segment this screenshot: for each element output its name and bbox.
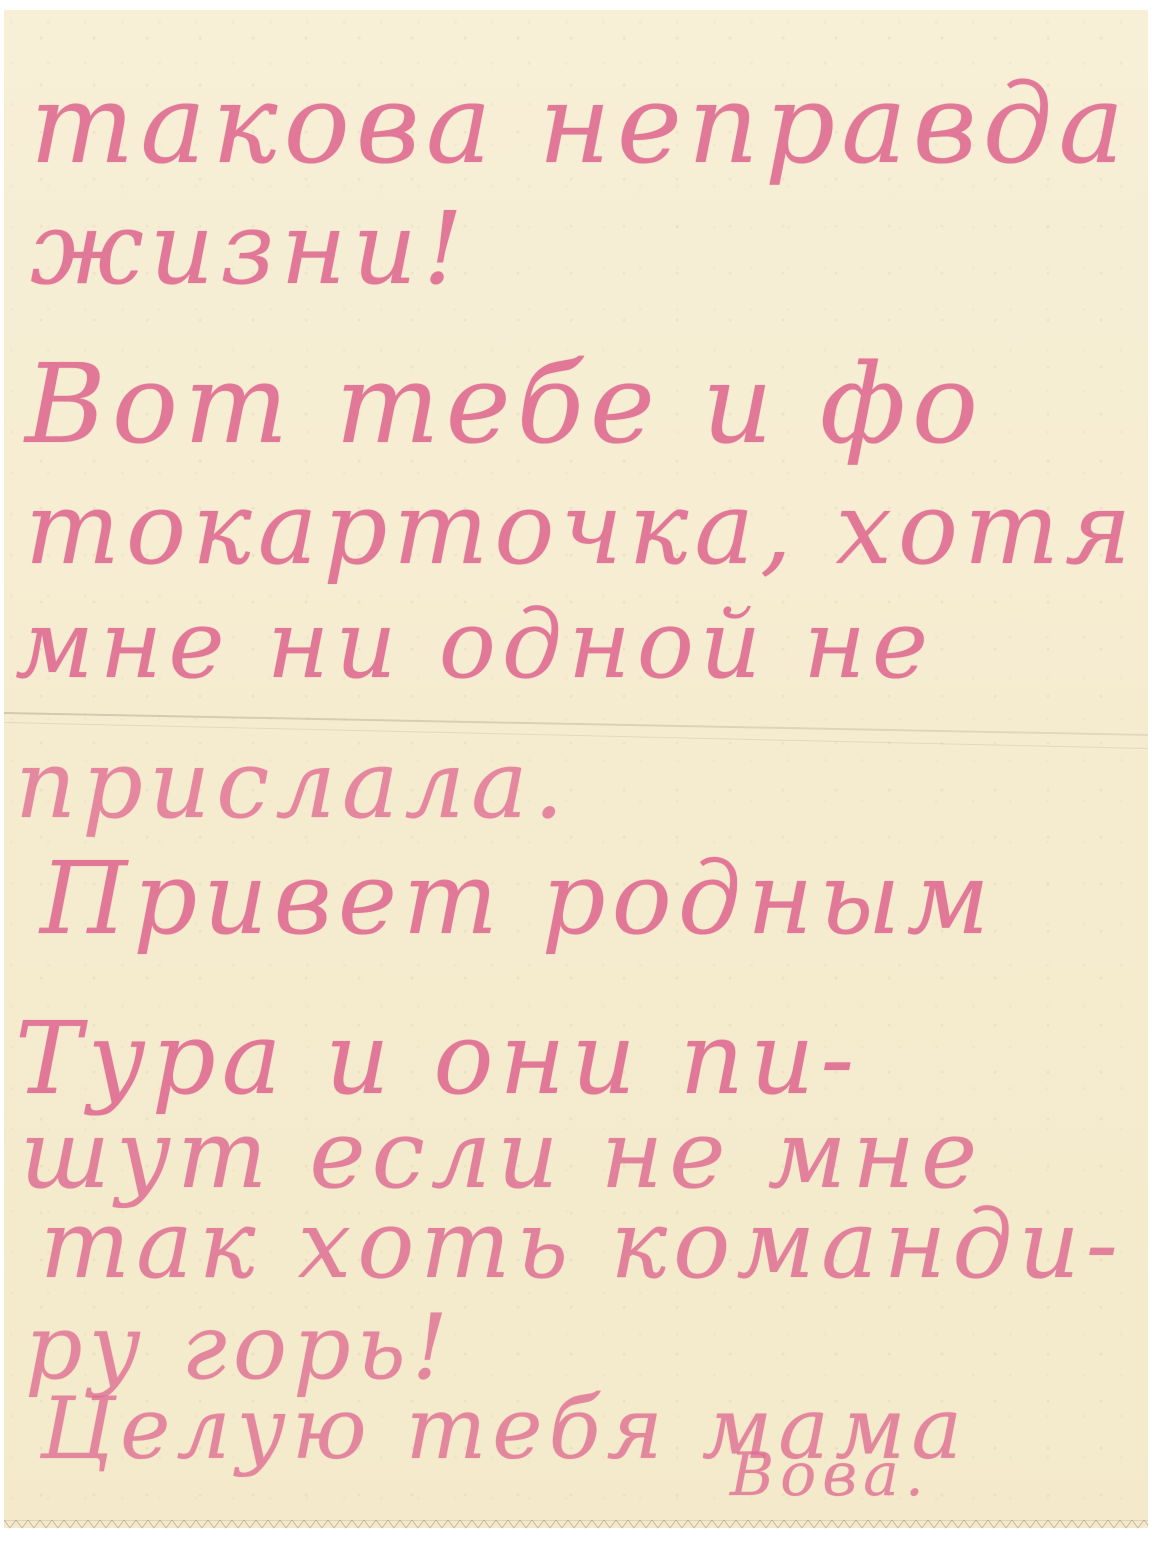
letter-line-6: прислала.	[15, 730, 570, 840]
letter-line-1: такова неправда	[30, 60, 1130, 188]
letter-line-10: так хоть команди-	[40, 1190, 1124, 1300]
letter-line-4: токарточка, хотя ты	[25, 470, 1162, 587]
letter-line-7: Привет родным	[40, 840, 995, 957]
letter-line-3: Вот тебе и фо	[25, 340, 984, 468]
serrated-edge	[4, 1520, 1148, 1532]
letter-line-5: мне ни одной не	[15, 590, 934, 700]
letter-line-2: жизни!	[30, 190, 469, 307]
signature: Вова.	[730, 1440, 930, 1510]
